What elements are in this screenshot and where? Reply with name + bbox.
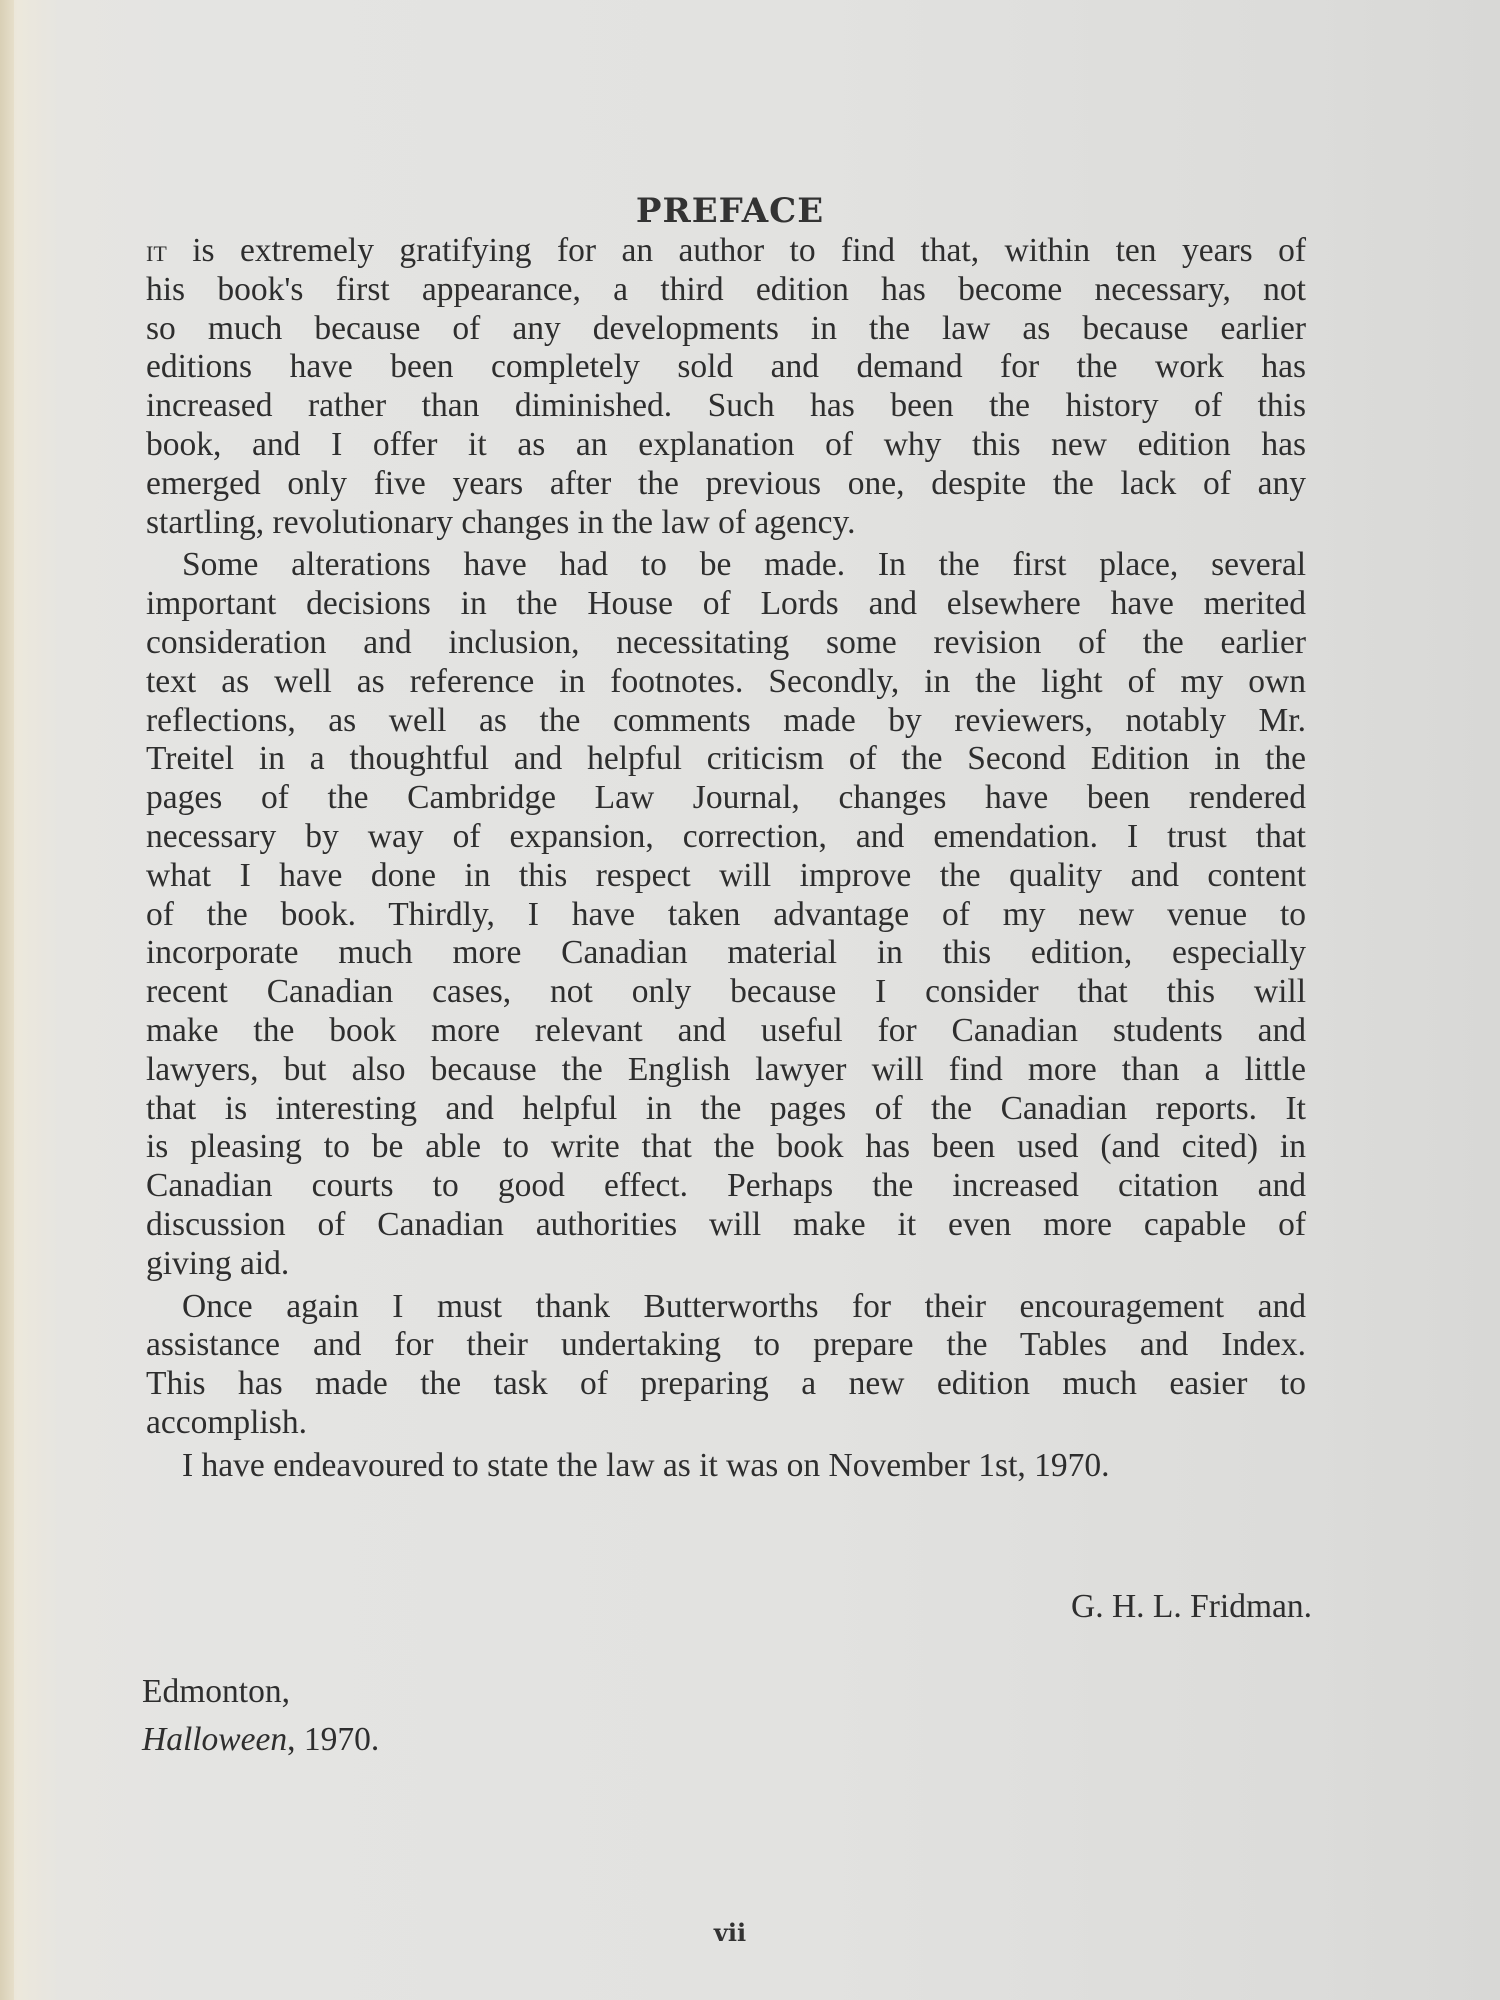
text-line: incorporate much more Canadian material … [146, 934, 1306, 973]
paragraph-3: Once again I must thank Butterworths for… [146, 1288, 1306, 1443]
text-line: Some alterations have had to be made. In… [146, 546, 1306, 585]
place: Edmonton, [142, 1668, 379, 1716]
page-number: vii [0, 1918, 1460, 1947]
text-line: pages of the Cambridge Law Journal, chan… [146, 779, 1306, 818]
text-line: emerged only five years after the previo… [146, 465, 1306, 504]
text-line: startling, revolutionary changes in the … [146, 504, 1306, 543]
date-year: , 1970. [287, 1721, 379, 1758]
text-line: assistance and for their undertaking to … [146, 1326, 1306, 1365]
text-line: reflections, as well as the comments mad… [146, 702, 1306, 741]
date: Halloween, 1970. [142, 1716, 379, 1764]
preface-body: IT is extremely gratifying for an author… [146, 232, 1306, 1486]
text-line: Canadian courts to good effect. Perhaps … [146, 1167, 1306, 1206]
text-line: so much because of any developments in t… [146, 310, 1306, 349]
text-line: important decisions in the House of Lord… [146, 585, 1306, 624]
text-line: discussion of Canadian authorities will … [146, 1206, 1306, 1245]
page-title: PREFACE [0, 191, 1460, 231]
text-line: text as well as reference in footnotes. … [146, 663, 1306, 702]
text-line: giving aid. [146, 1245, 1306, 1284]
text-line: his book's first appearance, a third edi… [146, 271, 1306, 310]
text-line: is pleasing to be able to write that the… [146, 1128, 1306, 1167]
paragraph-2: Some alterations have had to be made. In… [146, 546, 1306, 1283]
text-line: lawyers, but also because the English la… [146, 1051, 1306, 1090]
text-line: what I have done in this respect will im… [146, 857, 1306, 896]
text-line: necessary by way of expansion, correctio… [146, 818, 1306, 857]
text-line: accomplish. [146, 1404, 1306, 1443]
text-line: that is interesting and helpful in the p… [146, 1090, 1306, 1129]
text-line: recent Canadian cases, not only because … [146, 973, 1306, 1012]
text-line: Once again I must thank Butterworths for… [146, 1288, 1306, 1327]
text-line: This has made the task of preparing a ne… [146, 1365, 1306, 1404]
text-line: consideration and inclusion, necessitati… [146, 624, 1306, 663]
text-line: book, and I offer it as an explanation o… [146, 426, 1306, 465]
text-line: of the book. Thirdly, I have taken advan… [146, 896, 1306, 935]
author-signature: G. H. L. Fridman. [1071, 1588, 1312, 1626]
paragraph-4: I have endeavoured to state the law as i… [146, 1447, 1306, 1486]
place-and-date: Edmonton, Halloween, 1970. [142, 1668, 379, 1764]
text-line: Treitel in a thoughtful and helpful crit… [146, 740, 1306, 779]
paragraph-1: IT is extremely gratifying for an author… [146, 232, 1306, 542]
date-italic: Halloween [142, 1721, 287, 1758]
book-page: PREFACE IT is extremely gratifying for a… [0, 0, 1500, 2000]
text-line: make the book more relevant and useful f… [146, 1012, 1306, 1051]
text-line: increased rather than diminished. Such h… [146, 387, 1306, 426]
text-line: editions have been completely sold and d… [146, 348, 1306, 387]
text-line: IT is extremely gratifying for an author… [146, 232, 1306, 271]
lead-smallcaps: IT [146, 234, 167, 268]
text-line: I have endeavoured to state the law as i… [146, 1447, 1306, 1486]
